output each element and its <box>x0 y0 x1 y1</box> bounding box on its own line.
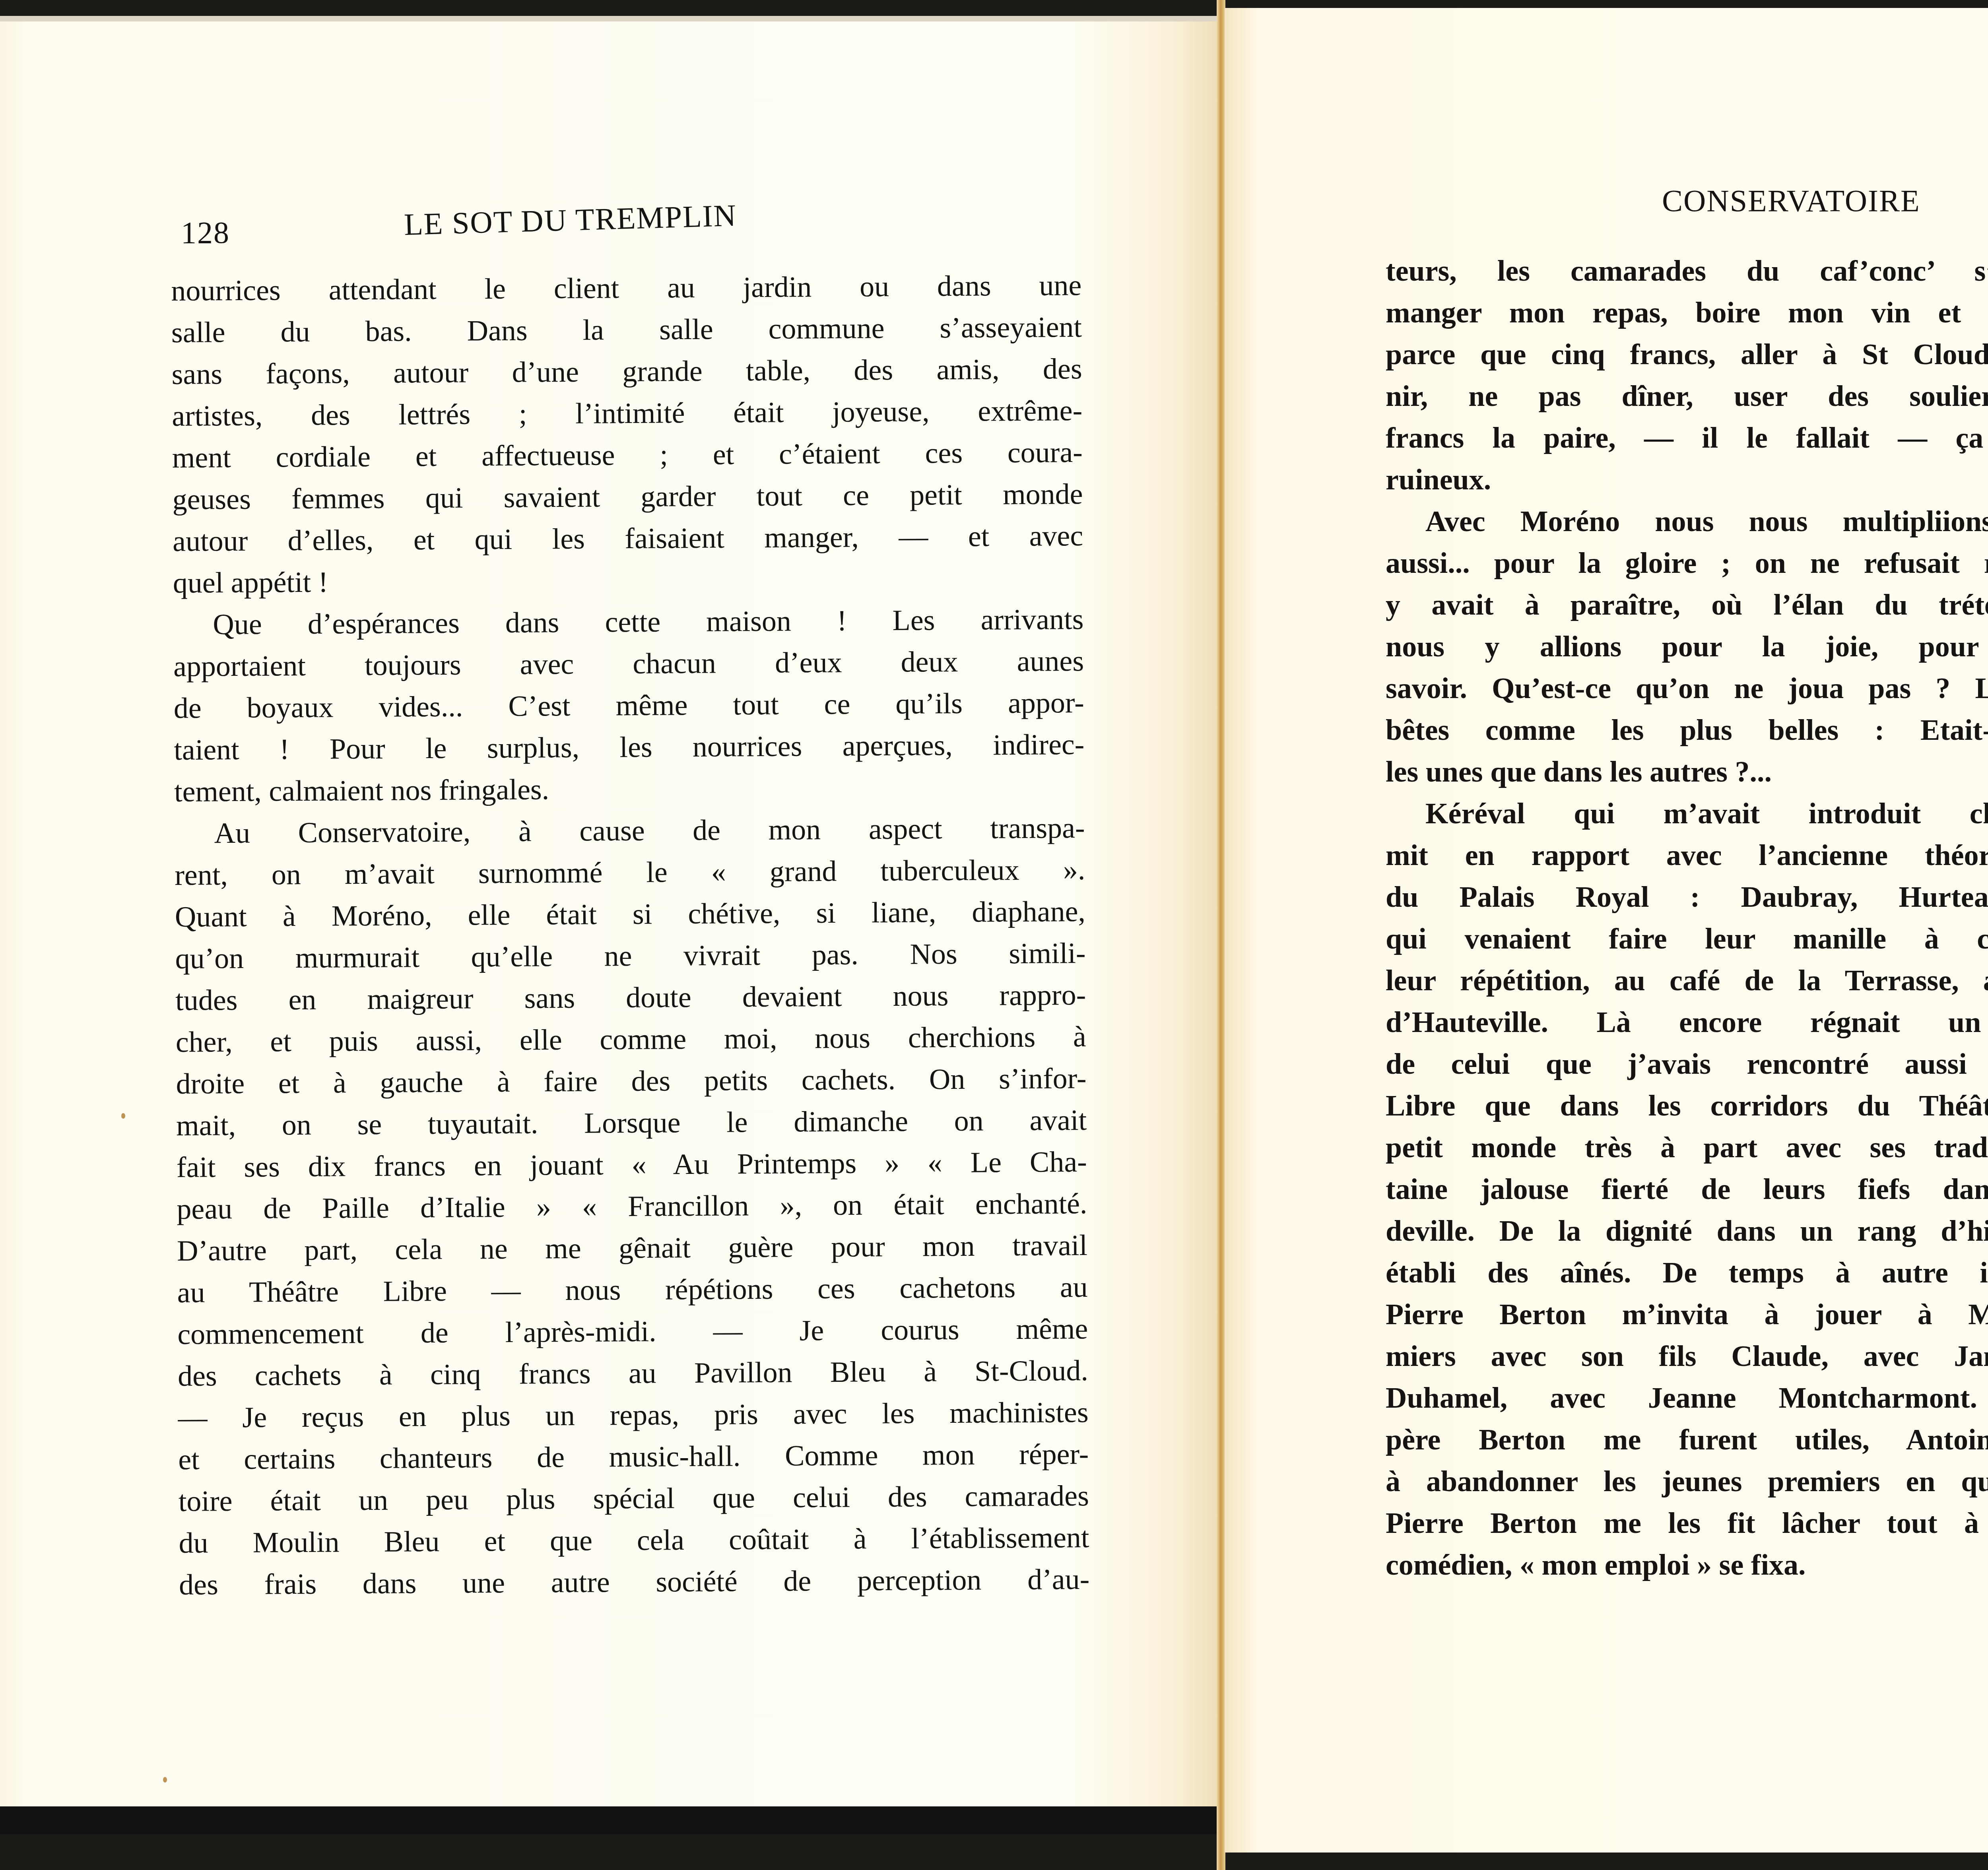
text-line: taient ! Pour le surplus, les nourrices … <box>174 724 1085 771</box>
text-line: Kéréval qui m’avait introduit chez Antoi… <box>1386 793 1988 835</box>
text-line: ruineux. <box>1386 459 1988 501</box>
text-line: commencement de l’après-midi. — Je couru… <box>177 1308 1088 1356</box>
text-line: nir, ne pas dîner, user des souliers ver… <box>1386 376 1988 417</box>
text-line: établi des aînés. De temps à autre ils m… <box>1386 1252 1988 1294</box>
text-line: francs la paire, — il le fallait — ça fi… <box>1386 417 1988 459</box>
text-line: cher, et puis aussi, elle comme moi, nou… <box>176 1016 1087 1063</box>
text-line: D’autre part, cela ne me gênait guère po… <box>177 1225 1088 1272</box>
text-line: qui venaient faire leur manille à cinq h… <box>1386 918 1988 960</box>
text-line: du Moulin Bleu et que cela coûtait à l’é… <box>179 1517 1089 1564</box>
text-line: Quant à Moréno, elle était si chétive, s… <box>175 891 1086 938</box>
text-line: mait, on se tuyautait. Lorsque le dimanc… <box>176 1100 1087 1147</box>
text-line: rent, on m’avait surnommé le « grand tub… <box>175 849 1085 896</box>
right-running-head: CONSERVATOIRE <box>1662 183 1920 219</box>
text-line: de celui que j’avais rencontré aussi bie… <box>1386 1044 1988 1085</box>
text-line: Avec Moréno nous nous multipliions ; nou… <box>1386 501 1988 543</box>
torn-bottom-edge <box>0 1806 1217 1834</box>
text-line: leur répétition, au café de la Terrasse,… <box>1386 960 1988 1002</box>
left-page-number: 128 <box>181 215 230 250</box>
text-line: quel appétit ! <box>173 557 1083 604</box>
text-line: taine jalouse fierté de leurs fiefs dans… <box>1386 1169 1988 1210</box>
left-page-body: nourrices attendant le client au jardin … <box>171 265 1089 1606</box>
text-line: comédien, « mon emploi » se fixa. <box>1386 1544 1988 1586</box>
text-line: les unes que dans les autres ?... <box>1386 751 1988 793</box>
text-line: fait ses dix francs en jouant « Au Print… <box>176 1141 1087 1189</box>
text-line: tudes en maigreur sans doute devaient no… <box>175 974 1086 1022</box>
text-line: savoir. Qu’est-ce qu’on ne joua pas ? Le… <box>1386 668 1988 710</box>
paper-speck <box>163 1777 167 1783</box>
text-line: artistes, des lettrés ; l’intimité était… <box>172 390 1083 437</box>
paper-speck <box>121 1113 125 1119</box>
text-line: teurs, les camarades du caf’conc’ s’arra… <box>1386 250 1988 292</box>
text-line: Libre que dans les corridors du Théâtre … <box>1386 1085 1988 1127</box>
text-line: petit monde très à part avec ses traditi… <box>1386 1127 1988 1169</box>
text-line: Pierre Berton m’invita à jouer à Meaux, … <box>1386 1294 1988 1336</box>
text-line: et certains chanteurs de music-hall. Com… <box>178 1434 1089 1481</box>
text-line: bêtes comme les plus belles : Etait-on m… <box>1386 710 1988 751</box>
text-line: ment cordiale et affectueuse ; et c’étai… <box>172 432 1083 479</box>
text-line: parce que cinq francs, aller à St Cloud … <box>1386 334 1988 376</box>
text-line: nourrices attendant le client au jardin … <box>171 265 1082 312</box>
text-line: aussi... pour la gloire ; on ne refusait… <box>1386 543 1988 584</box>
text-line: miers avec son fils Claude, avec Janson,… <box>1386 1336 1988 1377</box>
text-line: y avait à paraître, où l’élan du tréteau… <box>1386 584 1988 626</box>
text-line: Pierre Berton me les fit lâcher tout à f… <box>1386 1503 1988 1544</box>
text-line: deville. De la dignité dans un rang d’hi… <box>1386 1210 1988 1252</box>
text-line: Duhamel, avec Jeanne Montcharmont. Les l… <box>1386 1377 1988 1419</box>
text-line: autour d’elles, et qui les faisaient man… <box>173 515 1083 563</box>
text-line: des cachets à cinq francs au Pavillon Bl… <box>178 1350 1089 1397</box>
text-line: apportaient toujours avec chacun d’eux d… <box>173 640 1084 688</box>
text-line: du Palais Royal : Daubray, Hurteaux, Mil… <box>1386 877 1988 918</box>
text-line: à abandonner les jeunes premiers en quoi… <box>1386 1461 1988 1503</box>
text-line: sans façons, autour d’une grande table, … <box>171 348 1082 396</box>
text-line: nous y allions pour la joie, pour appren… <box>1386 626 1988 668</box>
text-line: de boyaux vides... C’est même tout ce qu… <box>173 682 1084 729</box>
text-line: d’Hauteville. Là encore régnait un espri… <box>1386 1002 1988 1044</box>
text-line: Que d’espérances dans cette maison ! Les… <box>173 599 1084 646</box>
right-page-body: teurs, les camarades du caf’conc’ s’arra… <box>1386 250 1988 1586</box>
book-gutter <box>1217 0 1225 1870</box>
text-line: Au Conservatoire, à cause de mon aspect … <box>174 807 1085 855</box>
text-line: toire était un peu plus spécial que celu… <box>179 1475 1089 1523</box>
text-line: mit en rapport avec l’ancienne théorie d… <box>1386 835 1988 877</box>
text-line: droite et à gauche à faire des petits ca… <box>176 1058 1087 1105</box>
text-line: geuses femmes qui savaient garder tout c… <box>172 473 1083 521</box>
text-line: salle du bas. Dans la salle commune s’as… <box>171 306 1082 354</box>
text-line: qu’on murmurait qu’elle ne vivrait pas. … <box>175 933 1086 980</box>
text-line: père Berton me furent utiles, Antoine m’… <box>1386 1419 1988 1461</box>
text-line: peau de Paille d’Italie » « Francillon »… <box>177 1183 1087 1230</box>
text-line: des frais dans une autre société de perc… <box>179 1559 1090 1606</box>
text-line: tement, calmaient nos fringales. <box>174 766 1085 813</box>
text-line: — Je reçus en plus un repas, pris avec l… <box>178 1392 1089 1439</box>
text-line: au Théâtre Libre — nous répétions ces ca… <box>177 1267 1088 1314</box>
text-line: manger mon repas, boire mon vin et je du… <box>1386 292 1988 334</box>
